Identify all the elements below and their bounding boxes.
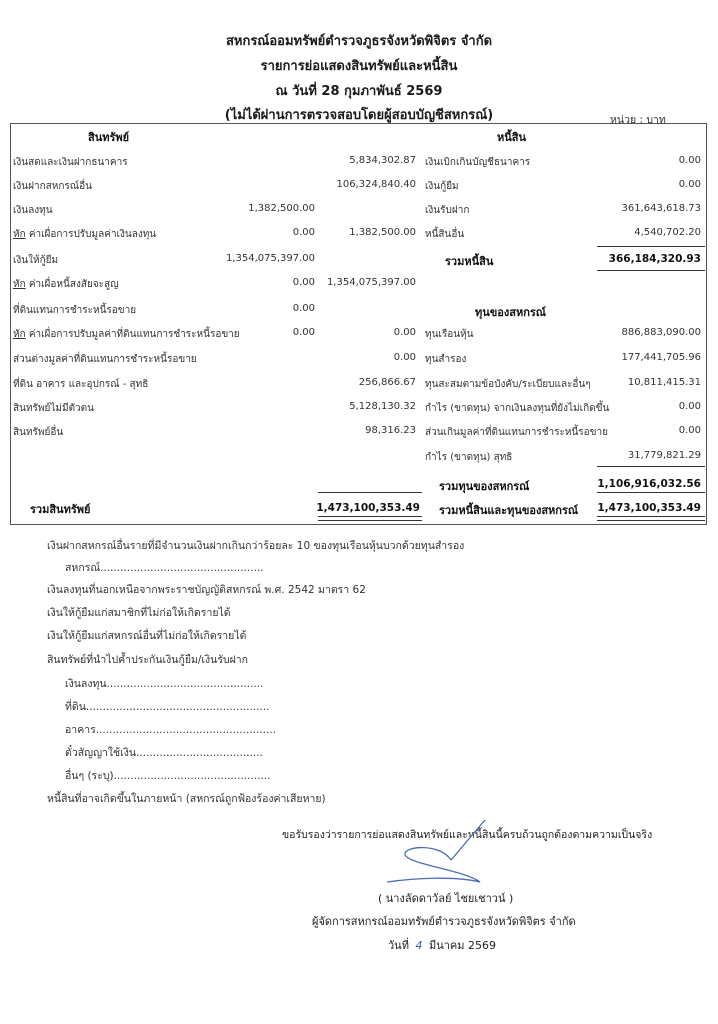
equity-row-label: ส่วนเกินมูลค่าที่ดินแทนการชำระหนี้รอขาย [425, 425, 608, 440]
less-prefix: หัก [13, 229, 26, 240]
assets-total-value: 1,473,100,353.49 [316, 502, 420, 514]
liability-row-value: 0.00 [679, 155, 701, 166]
asset-label-text: เงินฝากสหกรณ์อื่น [13, 181, 92, 192]
asset-subvalue: 1,382,500.00 [248, 203, 315, 214]
liability-row-label: หนี้สินอื่น [425, 227, 464, 242]
asset-row-label: เงินให้กู้ยืม [13, 253, 58, 268]
asset-row-label: สินทรัพย์ไม่มีตัวตน [13, 401, 94, 416]
asset-label-text: สินทรัพย์ไม่มีตัวตน [13, 403, 94, 414]
equity-row-label: ทุนสำรอง [425, 352, 466, 367]
asset-row-label: ที่ดิน อาคาร และอุปกรณ์ - สุทธิ [13, 377, 148, 392]
asset-value: 5,834,302.87 [349, 155, 416, 166]
asset-value: 0.00 [394, 352, 416, 363]
document-title: รายการย่อแสดงสินทรัพย์และหนี้สิน [0, 55, 718, 76]
asset-value: 106,324,840.40 [336, 179, 416, 190]
liability-row-value: 361,643,618.73 [621, 203, 701, 214]
footnote-npl-members: เงินให้กู้ยืมแก่สมาชิกที่ไม่ก่อให้เกิดรา… [47, 604, 231, 621]
asset-row-label: หัก ค่าเผื่อการปรับมูลค่าเงินลงทุน [13, 227, 156, 242]
asset-subvalue: 1,354,075,397.00 [226, 253, 315, 264]
less-prefix: หัก [13, 279, 26, 290]
liabilities-total-label: รวมหนี้สิน [445, 252, 493, 270]
footnote-pledged-assets: สินทรัพย์ที่นำไปค้ำประกันเงินกู้ยืม/เงิน… [47, 651, 248, 668]
asset-row-label: หัก ค่าเผื่อหนี้สงสัยจะสูญ [13, 277, 119, 292]
liability-row-label: เงินเบิกเกินบัญชีธนาคาร [425, 155, 530, 170]
equity-row-value: 31,779,821.29 [628, 450, 701, 461]
liabilities-heading: หนี้สิน [497, 128, 526, 146]
pledged-land: ที่ดิน..................................… [65, 698, 270, 715]
equity-total-rule [597, 492, 705, 493]
asset-label-text: สินทรัพย์อื่น [13, 427, 63, 438]
footnote-contingent-liabilities: หนี้สินที่อาจเกิดขึ้นในภายหน้า (สหกรณ์ถู… [47, 790, 326, 807]
assets-subtotal-rule [318, 492, 422, 493]
asset-subvalue: 0.00 [293, 277, 315, 288]
asset-subvalue: 0.00 [293, 327, 315, 338]
pledged-promissory-notes: ตั๋วสัญญาใช้เงิน........................… [65, 744, 263, 761]
liabilities-subtotal-rule [597, 246, 705, 247]
equity-total-label: รวมทุนของสหกรณ์ [439, 477, 529, 495]
asset-value: 1,382,500.00 [349, 227, 416, 238]
signature-date: วันที่ 4 มีนาคม 2569 [388, 936, 496, 954]
liability-row-value: 0.00 [679, 179, 701, 190]
footnote-investments-outside-act: เงินลงทุนที่นอกเหนือจากพระราชบัญญัติสหกร… [47, 581, 366, 598]
pledged-other: อื่นๆ (ระบุ)............................… [65, 767, 270, 784]
liabilities-total-rule [597, 270, 705, 271]
grand-total-value: 1,473,100,353.49 [597, 502, 701, 514]
asset-label-text: ที่ดินแทนการชำระหนี้รอขาย [13, 305, 136, 316]
liabilities-total-value: 366,184,320.93 [609, 253, 701, 265]
date-prefix: วันที่ [388, 939, 409, 952]
asset-row-label: เงินลงทุน [13, 203, 53, 218]
liability-row-value: 4,540,702.20 [634, 227, 701, 238]
signatory-position: ผู้จัดการสหกรณ์ออมทรัพย์ตำรวจภูธรจังหวัด… [312, 912, 576, 930]
asset-subvalue: 0.00 [293, 303, 315, 314]
asset-row-label: หัก ค่าเผื่อการปรับมูลค่าที่ดินแทนการชำร… [13, 327, 240, 342]
footnote-large-deposits: เงินฝากสหกรณ์อื่นรายที่มีจำนวนเงินฝากเกิ… [47, 537, 464, 554]
asset-value: 256,866.67 [359, 377, 416, 388]
signature-scribble-icon [385, 818, 545, 888]
asset-label-text: เงินลงทุน [13, 205, 53, 216]
asset-value: 98,316.23 [365, 425, 416, 436]
pledged-buildings: อาคาร...................................… [65, 721, 276, 738]
grand-total-double-rule [597, 516, 705, 521]
asset-row-label: ส่วนต่างมูลค่าที่ดินแทนการชำระหนี้รอขาย [13, 352, 197, 367]
asset-row-label: เงินฝากสหกรณ์อื่น [13, 179, 92, 194]
equity-row-value: 886,883,090.00 [621, 327, 701, 338]
grand-total-label: รวมหนี้สินและทุนของสหกรณ์ [439, 501, 578, 519]
equity-row-label: ทุนสะสมตามข้อบังคับ/ระเบียบและอื่นๆ [425, 377, 591, 392]
liability-row-label: เงินกู้ยืม [425, 179, 459, 194]
asset-row-label: สินทรัพย์อื่น [13, 425, 63, 440]
asset-label-text: ค่าเผื่อการปรับมูลค่าเงินลงทุน [26, 229, 156, 240]
equity-row-value: 0.00 [679, 425, 701, 436]
liability-row-label: เงินรับฝาก [425, 203, 469, 218]
equity-row-label: กำไร (ขาดทุน) สุทธิ [425, 450, 512, 465]
asset-value: 5,128,130.32 [349, 401, 416, 412]
assets-total-double-rule [318, 516, 422, 521]
asset-subvalue: 0.00 [293, 227, 315, 238]
asset-label-text: ค่าเผื่อการปรับมูลค่าที่ดินแทนการชำระหนี… [26, 329, 240, 340]
pledged-investments: เงินลงทุน...............................… [65, 675, 263, 692]
asset-label-text: เงินให้กู้ยืม [13, 255, 58, 266]
equity-row-label: กำไร (ขาดทุน) จากเงินลงทุนที่ยังไม่เกิดข… [425, 401, 609, 416]
footnote-large-deposits-coop: สหกรณ์..................................… [65, 559, 264, 576]
as-of-date: ณ วันที่ 28 กุมภาพันธ์ 2569 [0, 80, 718, 101]
equity-row-value: 10,811,415.31 [628, 377, 701, 388]
signatory-name: ( นางลัดดาวัลย์ ไชยเชาวน์ ) [378, 889, 513, 907]
org-name: สหกรณ์ออมทรัพย์ตำรวจภูธรจังหวัดพิจิตร จำ… [0, 30, 718, 51]
equity-heading: ทุนของสหกรณ์ [475, 303, 546, 321]
equity-subtotal-rule [597, 466, 705, 467]
assets-heading: สินทรัพย์ [88, 128, 129, 146]
asset-label-text: ค่าเผื่อหนี้สงสัยจะสูญ [26, 279, 119, 290]
date-rest: มีนาคม 2569 [429, 939, 496, 952]
equity-row-value: 0.00 [679, 401, 701, 412]
asset-value: 0.00 [394, 327, 416, 338]
assets-total-label: รวมสินทรัพย์ [30, 500, 90, 518]
asset-row-label: เงินสดและเงินฝากธนาคาร [13, 155, 128, 170]
asset-label-text: ส่วนต่างมูลค่าที่ดินแทนการชำระหนี้รอขาย [13, 354, 197, 365]
equity-total-value: 1,106,916,032.56 [597, 478, 701, 490]
equity-row-value: 177,441,705.96 [621, 352, 701, 363]
asset-label-text: เงินสดและเงินฝากธนาคาร [13, 157, 128, 168]
asset-row-label: ที่ดินแทนการชำระหนี้รอขาย [13, 303, 136, 318]
equity-row-label: ทุนเรือนหุ้น [425, 327, 474, 342]
date-day-handwritten: 4 [412, 939, 425, 952]
asset-value: 1,354,075,397.00 [327, 277, 416, 288]
footnote-npl-coops: เงินให้กู้ยืมแก่สหกรณ์อื่นที่ไม่ก่อให้เก… [47, 627, 246, 644]
less-prefix: หัก [13, 329, 26, 340]
asset-label-text: ที่ดิน อาคาร และอุปกรณ์ - สุทธิ [13, 379, 148, 390]
